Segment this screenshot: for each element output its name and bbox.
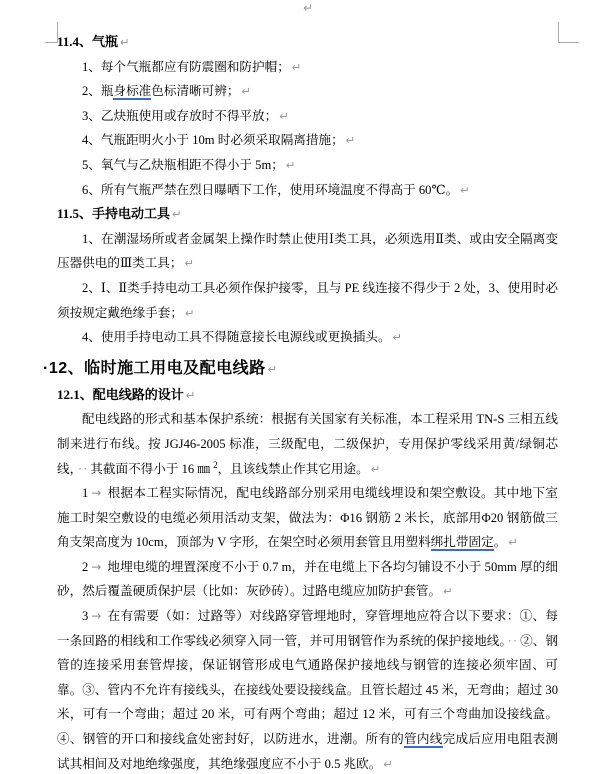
space-marks: ·· xyxy=(76,462,90,476)
para-gas-3[interactable]: 3、乙炔瓶使用或存放时不得平放；↵ xyxy=(57,104,558,129)
paragraph-mark: ↵ xyxy=(506,535,518,549)
document-body[interactable]: 11.4、气瓶↵1、每个气瓶都应有防震圈和防护帽；↵2、瓶身标准色标清晰可辨；↵… xyxy=(57,30,558,774)
text-run: ，且该线禁止作其它用途。 xyxy=(218,462,369,476)
para-tool-1[interactable]: 1、在潮湿场所或者金属架上操作时禁止使用Ⅰ类工具，必须选用Ⅱ类、或由安全隔离变压… xyxy=(57,227,558,276)
para-gas-5[interactable]: 5、氧气与乙炔瓶相距不得小于 5m；↵ xyxy=(57,153,558,178)
paragraph-mark: ↵ xyxy=(369,462,381,476)
text-run: 4、使用手持电动工具不得随意接长电源线或更换插头。 xyxy=(82,330,391,344)
heading-11-4[interactable]: 11.4、气瓶↵ xyxy=(57,30,558,55)
text-run: 12.1、配电线路的设计 xyxy=(57,387,184,402)
para-tool-4[interactable]: 4、使用手持电动工具不得随意接长电源线或更换插头。↵ xyxy=(57,325,558,350)
paragraph-mark: ↵ xyxy=(381,757,393,771)
paragraph-mark: ↵ xyxy=(183,306,195,320)
text-run: 6、所有气瓶严禁在烈日曝晒下工作，使用环境温度不得高于 60℃。 xyxy=(82,183,458,197)
para-design-3[interactable]: 3→在有需要（如：过路等）对线路穿管埋地时，穿管埋地应符合以下要求：①、每一条回… xyxy=(57,604,558,774)
heading-12[interactable]: ·12、临时施工用电及配电线路↵ xyxy=(43,356,558,382)
text-run: 11.5、手持电动工具 xyxy=(57,206,170,221)
paragraph-mark: ↵ xyxy=(458,183,470,197)
paragraph-mark: ↵ xyxy=(239,84,251,98)
text-run: 2、Ⅰ、Ⅱ类手持电动工具必须作保护接零，且与 PE 线连接不得少于 2 处，3、… xyxy=(57,281,558,320)
para-design-1[interactable]: 1→根据本工程实际情况，配电线路部分别采用电缆线埋设和架空敷设。其中地下室施工时… xyxy=(57,481,558,555)
tab-mark: → xyxy=(88,609,107,623)
paragraph-mark: ↵ xyxy=(184,388,196,402)
text-run: ·12、临时施工用电及配电线路 xyxy=(43,360,266,377)
paragraph-mark: ↵ xyxy=(303,1,313,15)
para-gas-6[interactable]: 6、所有气瓶严禁在烈日曝晒下工作，使用环境温度不得高于 60℃。↵ xyxy=(57,178,558,203)
space-marks: ·· xyxy=(506,634,520,648)
text-run: 在有需要（如：过路等）对线路穿管埋地时，穿管埋地应符合以下要求：①、每一条回路的… xyxy=(57,609,558,648)
paragraph-mark: ↵ xyxy=(284,158,296,172)
para-design-2[interactable]: 2→地埋电缆的埋置深度不小于 0.7 m，并在电缆上下各均匀铺设不小于 50mm… xyxy=(57,555,558,604)
underlined-text: 身标准 xyxy=(113,84,151,100)
document-page[interactable]: ↵ 11.4、气瓶↵1、每个气瓶都应有防震圈和防护帽；↵2、瓶身标准色标清晰可辨… xyxy=(0,0,594,774)
text-run: 1、在潮湿场所或者金属架上操作时禁止使用Ⅰ类工具，必须选用Ⅱ类、或由安全隔离变压… xyxy=(57,232,558,271)
para-gas-4[interactable]: 4、气瓶距明火小于 10m 时必须采取隔离措施；↵ xyxy=(57,128,558,153)
para-gas-2[interactable]: 2、瓶身标准色标清晰可辨；↵ xyxy=(57,79,558,104)
underlined-text: 绑扎带固定 xyxy=(431,535,494,551)
text-run: 4、气瓶距明火小于 10m 时必须采取隔离措施； xyxy=(82,133,344,147)
heading-11-5[interactable]: 11.5、手持电动工具↵ xyxy=(57,202,558,227)
text-run: 3、乙炔瓶使用或存放时不得平放； xyxy=(82,109,277,123)
text-boundary-mark-right xyxy=(558,22,579,43)
tab-mark: → xyxy=(88,560,107,574)
paragraph-mark: ↵ xyxy=(183,256,195,270)
text-run: 其截面不得小于 16 ㎜ xyxy=(90,462,213,476)
underlined-text: 管内线 xyxy=(404,732,443,748)
para-tool-2[interactable]: 2、Ⅰ、Ⅱ类手持电动工具必须作保护接零，且与 PE 线连接不得少于 2 处，3、… xyxy=(57,276,558,325)
paragraph-mark: ↵ xyxy=(266,362,278,376)
text-run: 色标清晰可辨； xyxy=(151,84,239,98)
paragraph-mark: ↵ xyxy=(391,330,403,344)
text-run: 5、氧气与乙炔瓶相距不得小于 5m； xyxy=(82,158,284,172)
heading-12-1[interactable]: 12.1、配电线路的设计↵ xyxy=(57,383,558,408)
paragraph-mark: ↵ xyxy=(170,207,182,221)
paragraph-mark: ↵ xyxy=(290,60,302,74)
text-run: 2、瓶 xyxy=(82,84,113,98)
para-gas-1[interactable]: 1、每个气瓶都应有防震圈和防护帽；↵ xyxy=(57,55,558,80)
text-run: 地埋电缆的埋置深度不小于 0.7 m，并在电缆上下各均匀铺设不小于 50mm 厚… xyxy=(57,560,558,599)
text-run: 1、每个气瓶都应有防震圈和防护帽； xyxy=(82,60,290,74)
paragraph-mark: ↵ xyxy=(118,35,130,49)
text-run: ②、钢管的连接采用套管焊接，保证钢管形成电气通路保护接地线与钢管的连接必须牢固、… xyxy=(57,634,558,746)
text-run: 11.4、气瓶 xyxy=(57,34,118,49)
para-design-intro[interactable]: 配电线路的形式和基本保护系统：根据有关国家有关标准，本工程采用 TN-S 三相五… xyxy=(57,407,558,481)
paragraph-mark: ↵ xyxy=(441,584,453,598)
text-run: 。 xyxy=(494,535,507,549)
tab-mark: → xyxy=(88,486,107,500)
paragraph-mark: ↵ xyxy=(344,133,356,147)
paragraph-mark: ↵ xyxy=(277,109,289,123)
